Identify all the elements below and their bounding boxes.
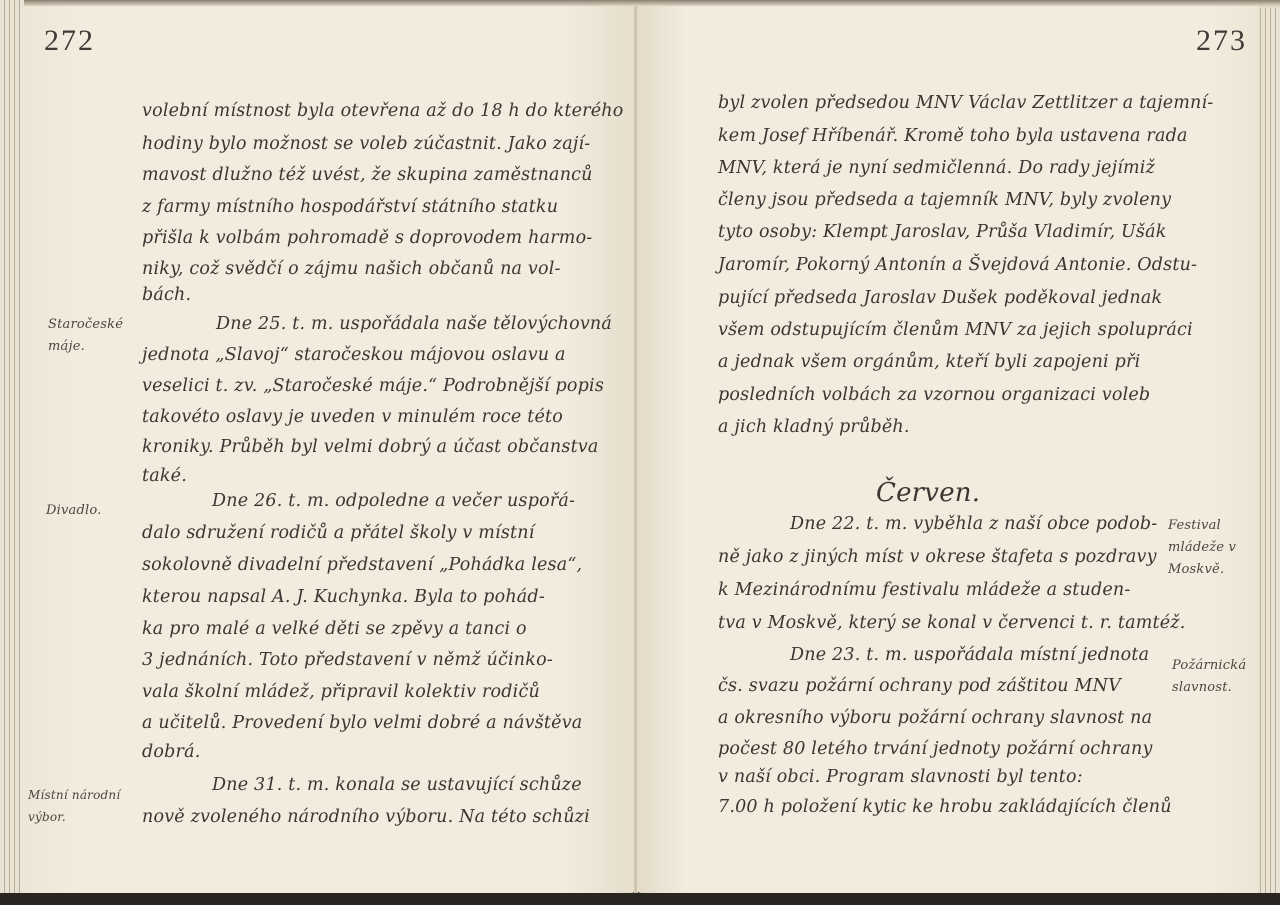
- text-line: tva v Moskvě, který se konal v červenci …: [718, 613, 1186, 633]
- text-line: volební místnost byla otevřena až do 18 …: [142, 101, 623, 121]
- text-line: členy jsou předseda a tajemník MNV, byly…: [718, 190, 1171, 210]
- margin-note: Požárnická slavnost.: [1172, 655, 1252, 699]
- margin-note: Festival mládeže v Moskvě.: [1168, 515, 1238, 581]
- text-line: bách.: [142, 285, 191, 305]
- text-line: takovéto oslavy je uveden v minulém roce…: [142, 407, 563, 427]
- text-line: a jednak všem orgánům, kteří byli zapoje…: [718, 352, 1140, 372]
- text-line: mavost dlužno též uvést, že skupina zamě…: [142, 165, 593, 185]
- text-line: také.: [142, 466, 187, 486]
- section-heading: Červen.: [876, 478, 980, 508]
- open-book: 272 volební místnost byla otevřena až do…: [0, 0, 1280, 895]
- text-line: Dne 25. t. m. uspořádala naše tělovýchov…: [216, 314, 612, 334]
- text-line: přišla k volbám pohromadě s doprovodem h…: [142, 228, 592, 248]
- right-page-stack-edge: [1256, 8, 1280, 893]
- text-line: tyto osoby: Klempt Jaroslav, Průša Vladi…: [718, 222, 1167, 242]
- text-line: Dne 26. t. m. odpoledne a večer uspořá-: [212, 491, 575, 511]
- margin-note: Staročeské máje.: [48, 314, 128, 358]
- text-line: hodiny bylo možnost se voleb zúčastnit. …: [142, 134, 590, 154]
- text-line: z farmy místního hospodářství státního s…: [142, 197, 558, 217]
- text-line: počest 80 letého trvání jednoty požární …: [718, 739, 1153, 759]
- text-line: všem odstupujícím členům MNV za jejich s…: [718, 320, 1193, 340]
- text-line: pující předseda Jaroslav Dušek poděkoval…: [718, 288, 1162, 308]
- text-line: MNV, která je nyní sedmičlenná. Do rady …: [718, 158, 1155, 178]
- page-number-right: 273: [1196, 24, 1247, 58]
- text-line: čs. svazu požární ochrany pod záštitou M…: [718, 676, 1121, 696]
- text-line: sokolovně divadelní představení „Pohádka…: [142, 555, 582, 575]
- text-line: vala školní mládež, připravil kolektiv r…: [142, 682, 540, 702]
- text-line: niky, což svědčí o zájmu našich občanů n…: [142, 259, 561, 279]
- text-line: veselici t. zv. „Staročeské máje.“ Podro…: [142, 376, 604, 396]
- page-number-left: 272: [44, 24, 95, 58]
- text-line: ka pro malé a velké děti se zpěvy a tanc…: [142, 619, 527, 639]
- text-line: k Mezinárodnímu festivalu mládeže a stud…: [718, 580, 1131, 600]
- text-line: nově zvoleného národního výboru. Na této…: [142, 807, 590, 827]
- text-line: Dne 22. t. m. vyběhla z naší obce podob-: [790, 514, 1157, 534]
- text-line: a učitelů. Provedení bylo velmi dobré a …: [142, 713, 582, 733]
- text-line: Dne 31. t. m. konala se ustavující schůz…: [212, 775, 582, 795]
- text-line: kterou napsal A. J. Kuchynka. Byla to po…: [142, 587, 545, 607]
- text-line: posledních volbách za vzornou organizaci…: [718, 385, 1150, 405]
- text-line: a okresního výboru požární ochrany slavn…: [718, 708, 1152, 728]
- text-line: v naší obci. Program slavnosti byl tento…: [718, 767, 1083, 787]
- margin-note: Divadlo.: [46, 500, 126, 522]
- text-line: 3 jednáních. Toto představení v němž úči…: [142, 650, 553, 670]
- text-line: dobrá.: [142, 742, 201, 762]
- text-line: 7.00 h položení kytic ke hrobu zakládají…: [718, 797, 1172, 817]
- text-line: Jaromír, Pokorný Antonín a Švejdová Anto…: [718, 255, 1197, 275]
- text-line: dalo sdružení rodičů a přátel školy v mí…: [142, 523, 535, 543]
- text-line: byl zvolen předsedou MNV Václav Zettlitz…: [718, 93, 1213, 113]
- text-line: kroniky. Průběh byl velmi dobrý a účast …: [142, 437, 599, 457]
- text-line: ně jako z jiných míst v okrese štafeta s…: [718, 547, 1157, 567]
- text-line: Dne 23. t. m. uspořádala místní jednota: [790, 645, 1149, 665]
- text-line: kem Josef Hříbenář. Kromě toho byla usta…: [718, 126, 1188, 146]
- margin-note: Místní národní výbor.: [28, 784, 138, 828]
- text-line: a jich kladný průběh.: [718, 417, 910, 437]
- text-line: jednota „Slavoj“ staročeskou májovou osl…: [142, 345, 566, 365]
